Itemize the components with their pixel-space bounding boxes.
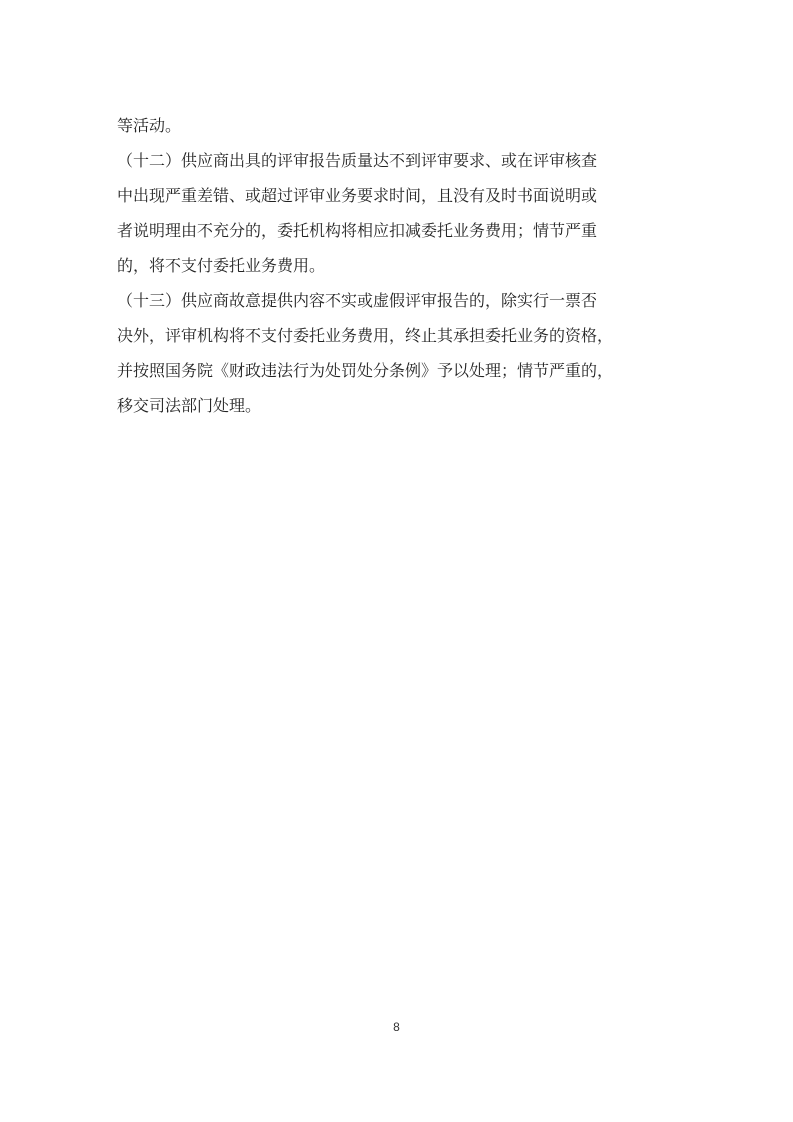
text-line: （十二）供应商出具的评审报告质量达不到评审要求、或在评审核查 [117,151,597,171]
page-number: 8 [0,1020,793,1034]
text-line: 并按照国务院《财政违法行为处罚处分条例》予以处理；情节严重的， [117,361,613,381]
text-line: 移交司法部门处理。 [117,396,261,416]
text-line: 的，将不支付委托业务费用。 [117,256,325,276]
text-line: 决外，评审机构将不支付委托业务费用，终止其承担委托业务的资格， [117,326,613,346]
document-page: 等活动。 （十二）供应商出具的评审报告质量达不到评审要求、或在评审核查 中出现严… [0,0,793,1122]
text-line: （十三）供应商故意提供内容不实或虚假评审报告的，除实行一票否 [117,291,597,311]
text-line: 中出现严重差错、或超过评审业务要求时间，且没有及时书面说明或 [117,186,597,206]
text-line: 者说明理由不充分的，委托机构将相应扣减委托业务费用；情节严重 [117,221,597,241]
text-line: 等活动。 [117,116,181,136]
